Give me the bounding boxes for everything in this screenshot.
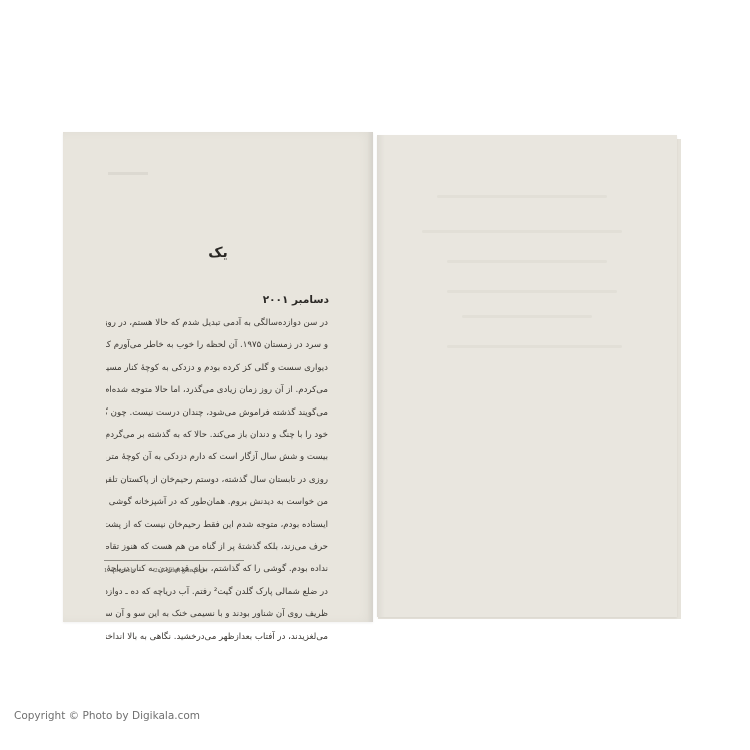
footnote-2: 2. Golden gate park [154, 567, 205, 574]
body-text: در سن دوازده‌سالگی به آدمی تبدیل شدم که … [106, 312, 328, 648]
copyright-watermark: Copyright © Photo by Digikala.com [14, 710, 200, 722]
footnote-divider [104, 560, 244, 561]
footnotes: 1. spreckels 2. Golden gate park [104, 567, 224, 574]
date-heading: دسامبر ۲۰۰۱ [263, 294, 329, 306]
text-line: روزی در تابستان سال گذشته، دوستم رحیم‌خا… [106, 469, 328, 491]
text-line: خود را با چنگ و دندان باز می‌کند. حالا ک… [106, 424, 328, 446]
text-line: ایستاده بودم، متوجه شدم این فقط رحیم‌خان… [106, 514, 328, 536]
footnote-1: 1. spreckels [104, 567, 135, 574]
show-through-line [422, 230, 622, 233]
text-line: می‌لغزیدند، در آفتاب بعدازظهر می‌درخشید.… [106, 626, 328, 648]
text-line: ظریف روی آن شناور بودند و با نسیمی خنک ب… [106, 603, 328, 625]
text-line: دیواری سست و گلی کز کرده بودم و دزدکی به… [106, 357, 328, 379]
text-line: من خواست به دیدنش بروم. همان‌طور که در آ… [106, 491, 328, 513]
show-through-line [447, 290, 617, 293]
text-line: و سرد در زمستان ۱۹۷۵. آن لحظه را خوب به … [106, 334, 328, 356]
product-photo: یک دسامبر ۲۰۰۱ در سن دوازده‌سالگی به آدم… [0, 0, 750, 750]
left-page: یک دسامبر ۲۰۰۱ در سن دوازده‌سالگی به آدم… [63, 132, 373, 622]
show-through-line [462, 315, 592, 318]
running-head-show-through [108, 172, 148, 175]
text-line: در ضلع شمالی پارک گلدن گیت² رفتم. آب دری… [106, 581, 328, 603]
text-line: بیست و شش سال آزگار است که دارم دزدکی به… [106, 446, 328, 468]
text-line: می‌گویند گذشته فراموش می‌شود، چندان درست… [106, 402, 328, 424]
right-page [377, 135, 677, 617]
show-through-line [437, 195, 607, 198]
show-through-line [447, 260, 607, 263]
chapter-title: یک [63, 245, 373, 261]
text-line: می‌کردم. از آن روز زمان زیادی می‌گذرد، ا… [106, 379, 328, 401]
show-through-line [447, 345, 622, 348]
text-line: حرف می‌زند، بلکه گذشتهٔ پر از گناه من هم… [106, 536, 328, 558]
text-line: در سن دوازده‌سالگی به آدمی تبدیل شدم که … [106, 312, 328, 334]
